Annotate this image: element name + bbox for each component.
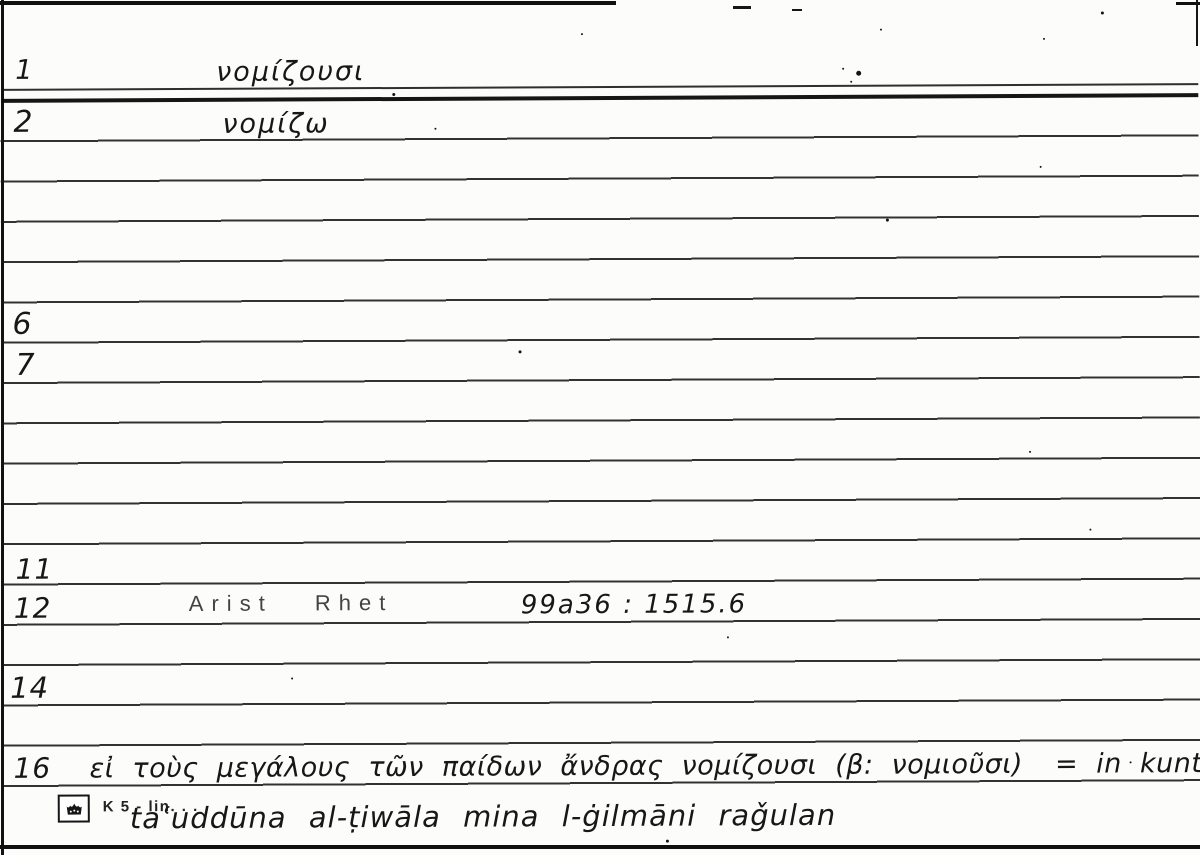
transliteration-text: taʿuddūna al-ṭiwāla mina l-ġilmāni raǧul… [130,798,837,835]
margin-number-12: 12 [14,592,52,625]
lemma-line-1-greek: νομίζουσι [216,56,365,88]
margin-number-7: 7 [16,348,36,383]
margin-number-11: 11 [16,553,54,586]
margin-number-14: 14 [10,671,49,705]
ruled-lines [0,96,1200,788]
index-card-scan: 1 νομίζουσι 2 νομίζω 6 7 11 12 14 Arist … [0,0,1200,855]
reference-locus: 99a36 : 1515.6 [521,589,748,620]
quotation-greek-text: εἰ τοὺς μεγάλους τῶν παίδων ἄνδρας νομίζ… [90,749,1024,785]
head-rule-upper [2,83,1198,91]
ruled-card-surface: 1 νομίζουσι 2 νομίζω 6 7 11 12 14 Arist … [0,0,1200,855]
margin-number-16: 16 [13,752,51,785]
stamp-emblem-icon [65,801,82,816]
margin-number-2: 2 [13,105,33,140]
margin-number-1: 1 [15,55,33,86]
quotation-arabic-equivalent: = in kuntum [1055,748,1200,780]
margin-number-6: 6 [12,307,32,342]
quotation-line: εἰ τοὺς μεγάλους τῶν παίδων ἄνδρας νομίζ… [90,748,1200,785]
lemma-line-2-greek: νομίζω [222,108,329,140]
catalog-stamp-box [58,794,90,822]
reference-work: Arist Rhet [189,590,394,617]
